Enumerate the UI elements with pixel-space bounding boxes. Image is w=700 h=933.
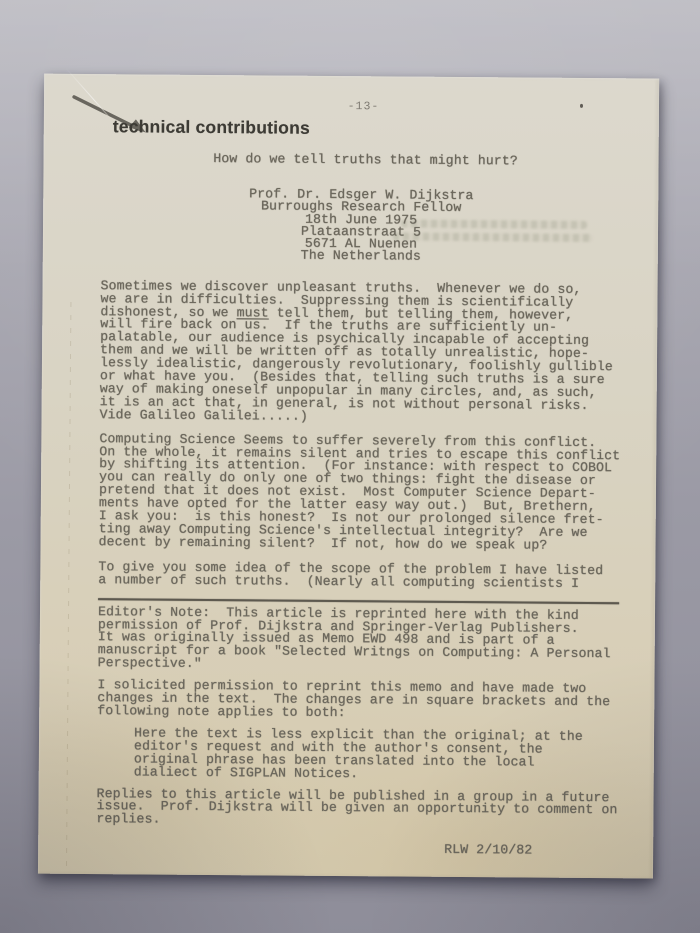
paper-fold-line: [66, 302, 71, 867]
photo-background: -13- technical contributions How do we t…: [0, 0, 700, 933]
initials-date-mark: RLW 2/10/82: [444, 844, 636, 858]
paragraph-text: tell them, but telling them, however, wi…: [100, 305, 613, 424]
editors-note-paragraph: I solicited permission to reprint this m…: [97, 679, 637, 722]
paragraph: To give you some idea of the scope of th…: [98, 561, 638, 591]
paragraph: Computing Science Seems to suffer severe…: [99, 433, 640, 553]
editors-note-paragraph: Editor's Note: This article is reprinted…: [98, 606, 638, 675]
editors-note-paragraph: Replies to this article will be publishe…: [96, 788, 636, 831]
section-header: technical contributions: [113, 116, 310, 139]
paragraph: Sometimes we discover unpleasant truths.…: [100, 280, 641, 426]
editors-note-indented-note: Here the text is less explicit than the …: [97, 727, 637, 783]
author-block: Prof. Dr. Edsger W. Dijkstra Burroughs R…: [91, 187, 632, 265]
document-page: -13- technical contributions How do we t…: [38, 74, 659, 879]
article-title: How do we tell truths that might hurt?: [96, 152, 636, 169]
article-body: How do we tell truths that might hurt? P…: [96, 152, 641, 858]
footnote-divider: [98, 598, 619, 604]
